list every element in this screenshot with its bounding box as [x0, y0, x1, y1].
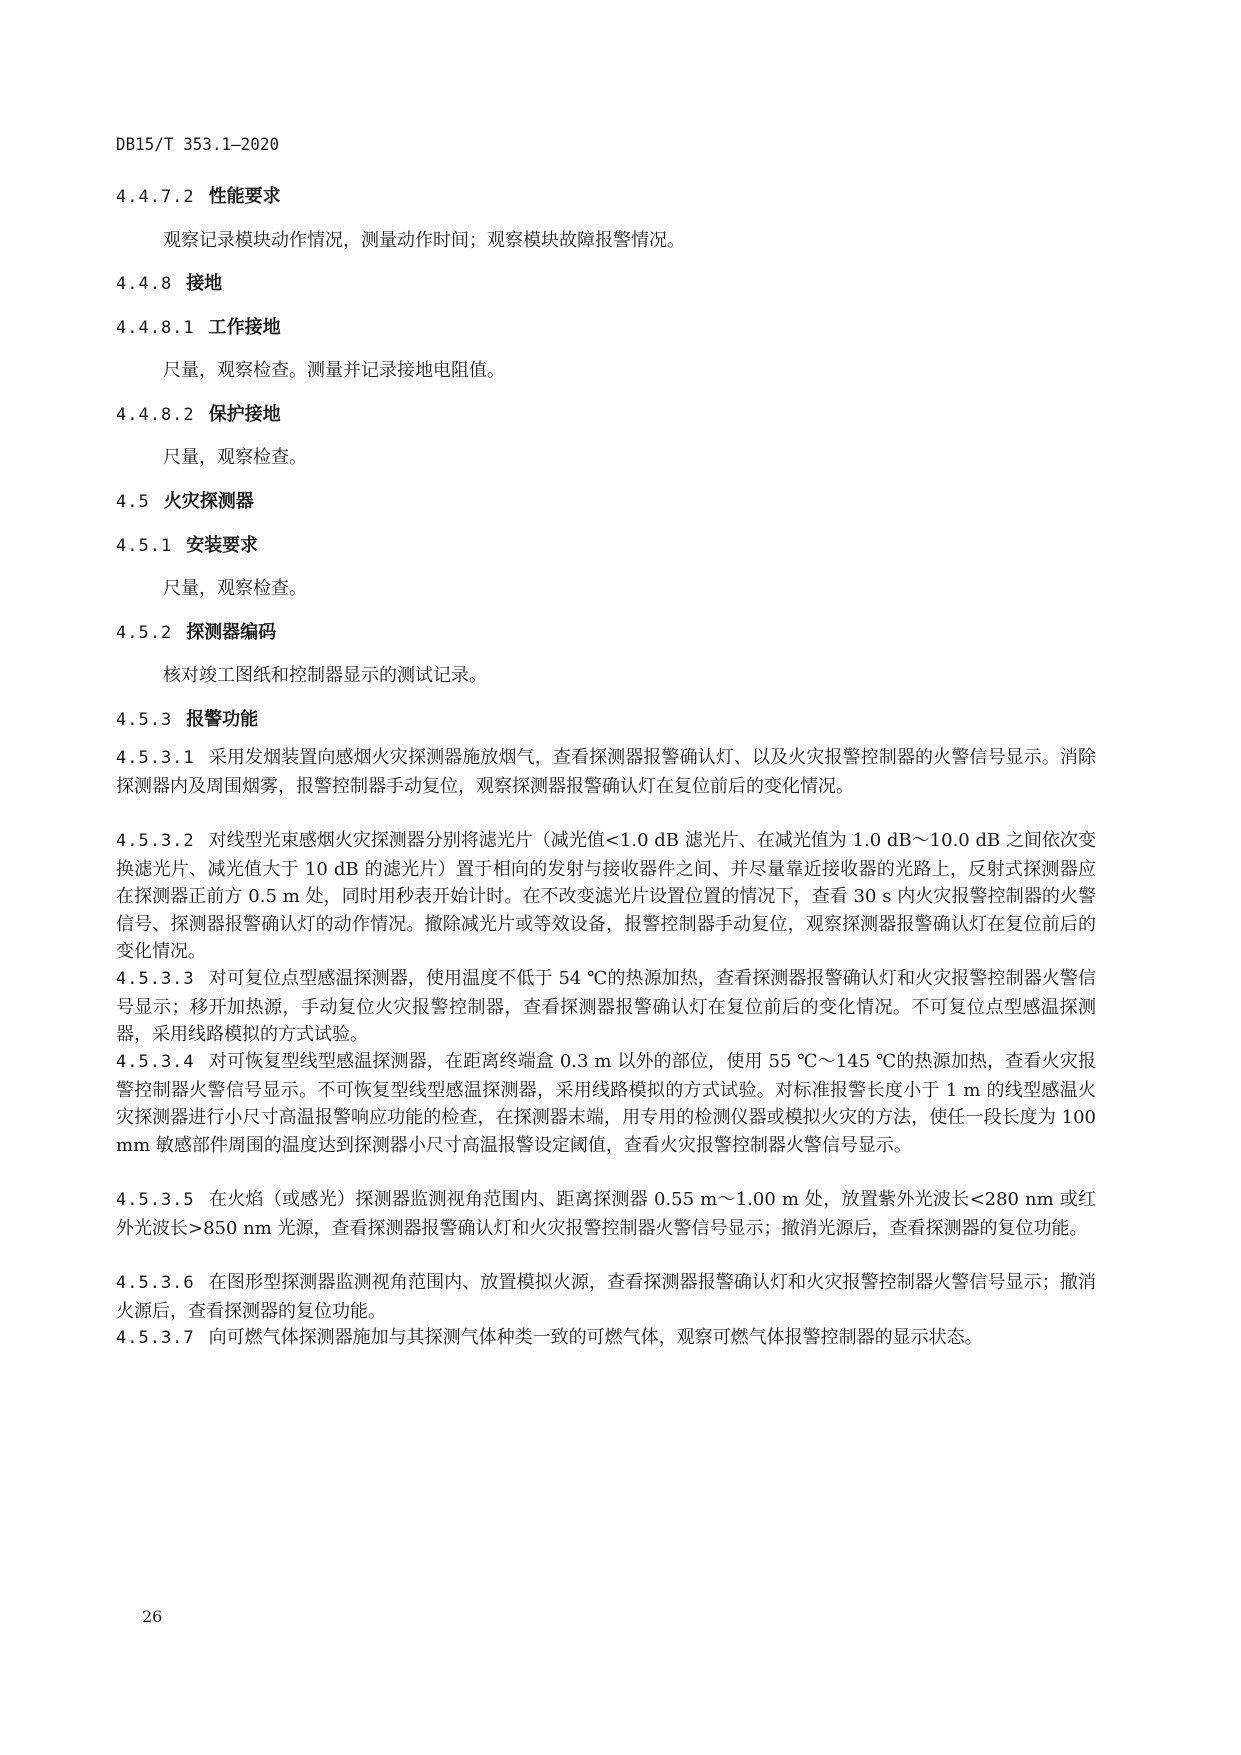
section-number: 4.5.2	[116, 623, 172, 643]
clause-4-5-3-2: 4.5.3.2对线型光束感烟火灾探测器分别将滤光片（减光值<1.0 dB 滤光片…	[116, 827, 1096, 966]
document-code: DB15/T 353.1—2020	[116, 135, 279, 155]
section-number: 4.4.7.2	[116, 187, 195, 207]
section-title: 探测器编码	[186, 622, 276, 643]
section-title: 火灾探测器	[164, 491, 254, 512]
section-heading-4-5-2: 4.5.2探测器编码	[116, 618, 276, 644]
section-body: 尺量，观察检查。	[163, 574, 307, 600]
clause-4-5-3-5: 4.5.3.5在火焰（或感光）探测器监测视角范围内、距离探测器 0.55 m～1…	[116, 1186, 1096, 1242]
section-number: 4.4.8	[116, 274, 172, 294]
clause-4-5-3-1: 4.5.3.1采用发烟装置向感烟火灾探测器施放烟气，查看探测器报警确认灯、以及火…	[116, 744, 1096, 800]
clause-text: 对可复位点型感温探测器，使用温度不低于 54 ℃的热源加热，查看探测器报警确认灯…	[116, 968, 1096, 1045]
section-title: 性能要求	[209, 186, 281, 207]
section-number: 4.4.8.2	[116, 405, 195, 425]
clause-number: 4.5.3.7	[116, 1328, 195, 1348]
section-number: 4.5.3	[116, 710, 172, 730]
clause-text: 在图形型探测器监测视角范围内、放置模拟火源，查看探测器报警确认灯和火灾报警控制器…	[116, 1272, 1096, 1322]
section-number: 4.5.1	[116, 536, 172, 556]
clause-number: 4.5.3.4	[116, 1052, 195, 1072]
page-number: 26	[142, 1607, 162, 1626]
section-heading-4-5-3: 4.5.3报警功能	[116, 705, 258, 731]
clause-number: 4.5.3.5	[116, 1190, 195, 1210]
clause-number: 4.5.3.2	[116, 831, 195, 851]
clause-4-5-3-4: 4.5.3.4对可恢复型线型感温探测器，在距离终端盒 0.3 m 以外的部位，使…	[116, 1048, 1096, 1159]
section-title: 工作接地	[209, 317, 281, 338]
section-number: 4.5	[116, 492, 150, 512]
clause-4-5-3-6: 4.5.3.6在图形型探测器监测视角范围内、放置模拟火源，查看探测器报警确认灯和…	[116, 1269, 1096, 1325]
section-title: 保护接地	[209, 404, 281, 425]
section-heading-4-5: 4.5火灾探测器	[116, 487, 254, 513]
clause-4-5-3-3: 4.5.3.3对可复位点型感温探测器，使用温度不低于 54 ℃的热源加热，查看探…	[116, 965, 1096, 1049]
clause-number: 4.5.3.3	[116, 969, 195, 989]
section-heading-4-5-1: 4.5.1安装要求	[116, 531, 258, 557]
section-body: 观察记录模块动作情况，测量动作时间；观察模块故障报警情况。	[163, 226, 685, 252]
section-body: 尺量，观察检查。	[163, 443, 307, 469]
clause-number: 4.5.3.6	[116, 1273, 195, 1293]
section-title: 接地	[186, 273, 222, 294]
section-heading-4-4-8-2: 4.4.8.2保护接地	[116, 400, 281, 426]
section-heading-4-4-8: 4.4.8接地	[116, 269, 222, 295]
section-heading-4-4-8-1: 4.4.8.1工作接地	[116, 313, 281, 339]
section-title: 报警功能	[186, 709, 258, 730]
clause-number: 4.5.3.1	[116, 748, 195, 768]
clause-text: 对可恢复型线型感温探测器，在距离终端盒 0.3 m 以外的部位，使用 55 ℃～…	[116, 1051, 1096, 1156]
section-body: 核对竣工图纸和控制器显示的测试记录。	[163, 661, 487, 687]
section-title: 安装要求	[186, 535, 258, 556]
clause-text: 向可燃气体探测器施加与其探测气体种类一致的可燃气体，观察可燃气体报警控制器的显示…	[209, 1327, 983, 1348]
section-body: 尺量，观察检查。测量并记录接地电阻值。	[163, 356, 505, 382]
section-number: 4.4.8.1	[116, 318, 195, 338]
section-heading-4-4-7-2: 4.4.7.2性能要求	[116, 182, 281, 208]
clause-4-5-3-7: 4.5.3.7向可燃气体探测器施加与其探测气体种类一致的可燃气体，观察可燃气体报…	[116, 1324, 1096, 1353]
clause-text: 采用发烟装置向感烟火灾探测器施放烟气，查看探测器报警确认灯、以及火灾报警控制器的…	[116, 747, 1096, 797]
document-page: DB15/T 353.1—2020 4.4.7.2性能要求 观察记录模块动作情况…	[0, 0, 1241, 1755]
clause-text: 对线型光束感烟火灾探测器分别将滤光片（减光值<1.0 dB 滤光片、在减光值为 …	[116, 830, 1096, 962]
clause-text: 在火焰（或感光）探测器监测视角范围内、距离探测器 0.55 m～1.00 m 处…	[116, 1189, 1096, 1239]
